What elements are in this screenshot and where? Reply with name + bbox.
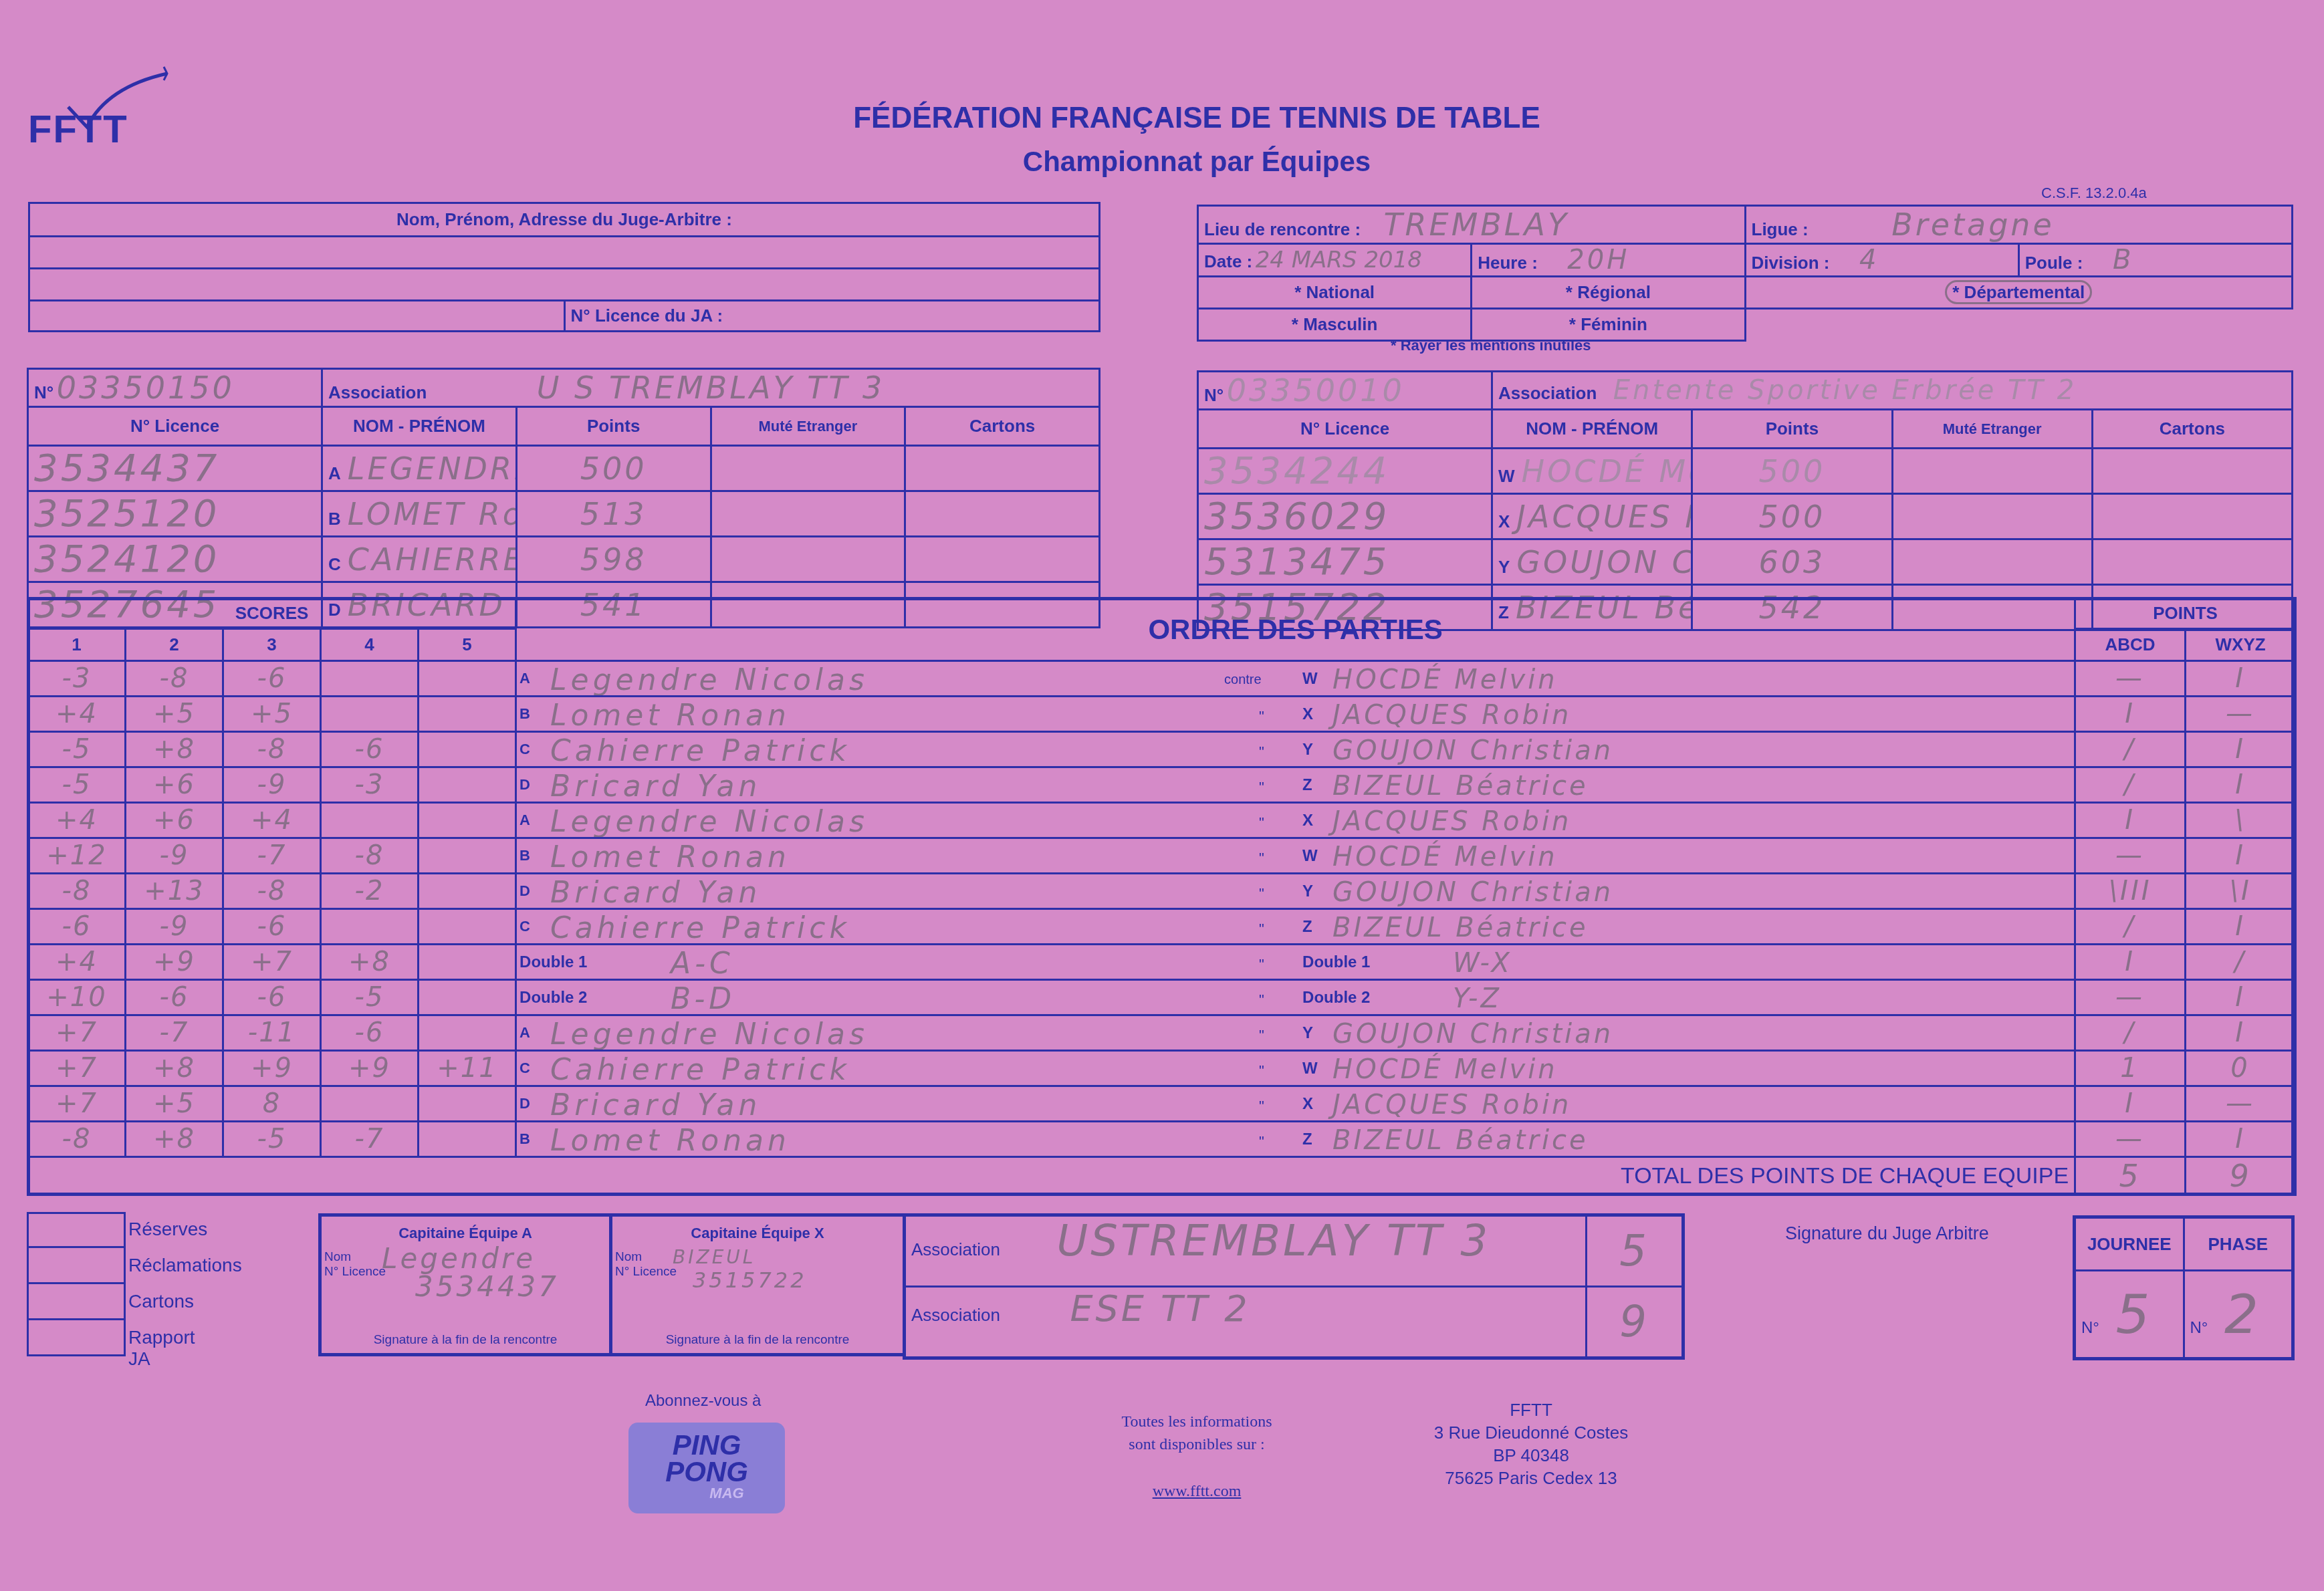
journee-cell[interactable]: N° 5 [2075, 1271, 2184, 1359]
team-a-col-points: Points [516, 407, 711, 446]
match-row: -5+8-8-6CCahierre Patrick"YGOUJON Christ… [28, 732, 2296, 767]
set-score[interactable]: -2 [321, 874, 419, 909]
result-label: Association [911, 1305, 1000, 1325]
player-points[interactable]: 500 [1692, 494, 1892, 539]
phase-label: PHASE [2184, 1217, 2293, 1271]
left-letter: A [519, 812, 530, 829]
player-name-cell[interactable]: YGOUJON Christian [1492, 539, 1692, 585]
points-wxyz[interactable]: — [2186, 697, 2296, 732]
match-pairing: BLomet Ronan"ZBIZEUL Béatrice [516, 1122, 2075, 1157]
player-points[interactable]: 513 [516, 491, 711, 537]
captain-x-nom-label: Nom [615, 1250, 642, 1265]
player-mute[interactable] [1892, 539, 2092, 585]
set-score[interactable]: +8 [126, 732, 223, 767]
set-score[interactable]: +9 [126, 945, 223, 980]
mag-line-3: MAG [628, 1485, 785, 1501]
player-licence[interactable]: 3524120 [28, 537, 322, 582]
player-name-cell[interactable]: BLOMET Ronan [322, 491, 517, 537]
departemental-option[interactable]: * Départemental [1745, 277, 2293, 309]
team-x-association-cell[interactable]: Association Entente Sportive Erbrée TT 2 [1492, 372, 2293, 410]
match-pairing: CCahierre Patrick"ZBIZEUL Béatrice [516, 909, 2075, 945]
player-name-cell[interactable]: XJACQUES Robin [1492, 494, 1692, 539]
set-score[interactable]: +7 [28, 1086, 126, 1122]
left-letter: A [519, 670, 530, 687]
set-score[interactable] [419, 697, 516, 732]
referee-name-label: Nom, Prénom, Adresse du Juge-Arbitre : [29, 203, 1100, 237]
team-x-number-cell[interactable]: N° 03350010 [1198, 372, 1492, 410]
team-a-col-cartons: Cartons [905, 407, 1100, 446]
set-score[interactable]: +5 [126, 697, 223, 732]
phase-no-label: N° [2190, 1319, 2208, 1337]
left-letter: C [519, 1060, 530, 1077]
division-cell[interactable]: Division : 4 [1745, 244, 2018, 277]
player-points[interactable]: 500 [516, 446, 711, 491]
player-letter: B [328, 509, 341, 529]
right-player[interactable]: HOCDÉ Melvin [1332, 842, 1558, 872]
right-player[interactable]: JACQUES Robin [1332, 700, 1571, 731]
time-value: 20H [1567, 245, 1629, 275]
points-wxyz[interactable]: I [2186, 732, 2296, 767]
league-label: Ligue : [1752, 219, 1809, 239]
referee-name-field-1[interactable] [29, 237, 1100, 269]
set-score[interactable]: -8 [28, 874, 126, 909]
set-score[interactable] [419, 909, 516, 945]
player-cartons[interactable] [2092, 494, 2292, 539]
player-cartons[interactable] [2092, 449, 2292, 494]
points-abcd[interactable]: \III [2075, 874, 2186, 909]
set-score[interactable]: -6 [223, 909, 321, 945]
left-player[interactable]: Lomet Ronan [550, 1124, 790, 1157]
team-x-association-label: Association [1498, 383, 1597, 403]
page-title: FÉDÉRATION FRANÇAISE DE TENNIS DE TABLE [669, 102, 1725, 135]
match-row: +4+9+7+8Double 1A-C"Double 1W-XI/ [28, 945, 2296, 980]
versus-label: " [1259, 779, 1264, 796]
set-score[interactable]: -6 [28, 909, 126, 945]
set-score[interactable] [419, 980, 516, 1015]
set-score[interactable]: -7 [126, 1015, 223, 1051]
left-player[interactable]: Legendre Nicolas [550, 1017, 868, 1051]
set-score[interactable]: -5 [28, 767, 126, 803]
right-player[interactable]: BIZEUL Béatrice [1332, 1125, 1589, 1156]
match-pairing: DBricard Yan"ZBIZEUL Béatrice [516, 767, 2075, 803]
set-score[interactable]: +7 [28, 1015, 126, 1051]
match-pairing: DBricard Yan"YGOUJON Christian [516, 874, 2075, 909]
right-player[interactable]: HOCDÉ Melvin [1332, 1054, 1558, 1085]
right-letter: X [1302, 705, 1313, 724]
mag-line-2: PONG [628, 1459, 785, 1485]
set-score[interactable]: +6 [126, 803, 223, 838]
right-player[interactable]: GOUJON Christian [1332, 1019, 1613, 1050]
versus-label: " [1259, 991, 1264, 1009]
set-score[interactable]: +5 [126, 1086, 223, 1122]
right-player[interactable]: JACQUES Robin [1332, 1090, 1571, 1120]
set-score[interactable]: -6 [321, 1015, 419, 1051]
right-letter: X [1302, 1095, 1313, 1114]
player-mute[interactable] [711, 537, 905, 582]
set-header: 2 [126, 629, 223, 661]
team-x-table: N° 03350010 Association Entente Sportive… [1197, 370, 2293, 631]
player-name-cell[interactable]: ALEGENDRE Nicolas [322, 446, 517, 491]
team-a-col-licence: N° Licence [28, 407, 322, 446]
pool-value: B [2113, 245, 2133, 275]
order-title: ORDRE DES PARTIES [516, 598, 2075, 661]
right-player[interactable]: GOUJON Christian [1332, 735, 1613, 766]
set-score[interactable]: 8 [223, 1086, 321, 1122]
left-letter: D [519, 1095, 530, 1112]
result-score-x[interactable]: 9 [1587, 1287, 1683, 1358]
set-score[interactable] [419, 661, 516, 697]
match-row: +4+6+4ALegendre Nicolas"XJACQUES RobinI\ [28, 803, 2296, 838]
set-score[interactable]: +6 [126, 767, 223, 803]
result-association-a[interactable]: Association USTREMBLAY TT 3 [905, 1215, 1587, 1287]
player-cartons[interactable] [905, 491, 1100, 537]
points-wxyz[interactable]: I [2186, 838, 2296, 874]
points-wxyz[interactable]: I [2186, 1015, 2296, 1051]
points-abcd[interactable]: 1 [2075, 1051, 2186, 1086]
set-score[interactable] [419, 732, 516, 767]
set-score[interactable]: -3 [321, 767, 419, 803]
player-points[interactable]: 603 [1692, 539, 1892, 585]
points-abcd[interactable]: — [2075, 838, 2186, 874]
points-abcd[interactable]: / [2075, 1015, 2186, 1051]
player-cartons[interactable] [905, 537, 1100, 582]
set-score[interactable] [419, 1015, 516, 1051]
set-score[interactable] [419, 945, 516, 980]
left-player[interactable]: A-C [671, 947, 734, 980]
set-score[interactable]: +12 [28, 838, 126, 874]
match-row: +7-7-11-6ALegendre Nicolas"YGOUJON Chris… [28, 1015, 2296, 1051]
player-points[interactable]: 500 [1692, 449, 1892, 494]
match-pairing: DBricard Yan"XJACQUES Robin [516, 1086, 2075, 1122]
right-player[interactable]: GOUJON Christian [1332, 877, 1613, 908]
result-value: ESE TT 2 [1070, 1288, 1250, 1330]
referee-signature-area[interactable] [1772, 1250, 2053, 1350]
team-x-col-cartons: Cartons [2092, 410, 2292, 449]
points-wxyz[interactable]: I [2186, 767, 2296, 803]
player-cartons[interactable] [2092, 539, 2292, 585]
venue-value: TREMBLAY [1384, 207, 1570, 243]
masculin-option[interactable]: * Masculin [1198, 309, 1472, 341]
strike-note: * Rayer les mentions inutiles [1391, 337, 1591, 354]
team-x-col-mute: Muté Etranger [1892, 410, 2092, 449]
team-x-col-licence: N° Licence [1198, 410, 1492, 449]
left-player[interactable]: Bricard Yan [550, 769, 761, 803]
versus-label: " [1259, 885, 1264, 902]
address-line: 75625 Paris Cedex 13 [1391, 1467, 1671, 1489]
set-score[interactable]: +10 [28, 980, 126, 1015]
points-abcd[interactable]: — [2075, 661, 2186, 697]
points-wxyz[interactable]: I [2186, 909, 2296, 945]
right-player[interactable]: BIZEUL Béatrice [1332, 912, 1589, 943]
fftt-logo: FFTT [27, 60, 174, 147]
result-association-x[interactable]: Association ESE TT 2 [905, 1287, 1587, 1358]
right-player[interactable]: JACQUES Robin [1332, 806, 1571, 837]
set-score[interactable]: +5 [223, 697, 321, 732]
set-score[interactable] [419, 803, 516, 838]
set-score[interactable] [321, 1086, 419, 1122]
team-a-association-label: Association [328, 382, 427, 402]
time-cell[interactable]: Heure : 20H [1472, 244, 1745, 277]
time-label: Heure : [1478, 253, 1538, 273]
checkbox-label: Cartons [128, 1291, 194, 1312]
set-score[interactable]: +7 [28, 1051, 126, 1086]
points-abcd[interactable]: I [2075, 803, 2186, 838]
set-score[interactable]: -7 [321, 1122, 419, 1157]
player-licence[interactable]: 5313475 [1198, 539, 1492, 585]
player-points[interactable]: 598 [516, 537, 711, 582]
referee-licence-label: N° Licence du JA : [564, 301, 1100, 332]
right-player[interactable]: BIZEUL Béatrice [1332, 771, 1589, 802]
website-link[interactable]: www.fftt.com [1056, 1480, 1337, 1503]
points-abcd[interactable]: — [2075, 980, 2186, 1015]
checkbox[interactable] [27, 1248, 126, 1284]
player-licence[interactable]: 3536029 [1198, 494, 1492, 539]
player-licence[interactable]: 3534437 [28, 446, 322, 491]
points-wxyz[interactable]: I [2186, 980, 2296, 1015]
set-score[interactable] [321, 909, 419, 945]
right-letter: W [1302, 847, 1318, 866]
regional-option[interactable]: * Régional [1472, 277, 1745, 309]
points-abcd[interactable]: I [2075, 697, 2186, 732]
team-a-col-mute: Muté Etranger [711, 407, 905, 446]
referee-name-field-2[interactable] [29, 269, 1100, 301]
match-row: -8+8-5-7BLomet Ronan"ZBIZEUL Béatrice—I [28, 1122, 2296, 1157]
captain-a-licence-label: N° Licence [324, 1265, 386, 1279]
set-score[interactable]: -8 [321, 838, 419, 874]
points-wxyz[interactable]: — [2186, 1086, 2296, 1122]
ping-pong-mag-logo[interactable]: PING PONG MAG [628, 1423, 785, 1513]
versus-label: contre [1224, 672, 1262, 688]
match-pairing: CCahierre Patrick"YGOUJON Christian [516, 732, 2075, 767]
captain-a-signature-label: Signature à la fin de la rencontre [322, 1333, 609, 1348]
date-value: 24 MARS 2018 [1256, 247, 1422, 273]
player-cartons[interactable] [905, 446, 1100, 491]
set-score[interactable]: +4 [28, 697, 126, 732]
captain-x-box[interactable]: Capitaine Équipe X Nom N° Licence BIZEUL… [609, 1213, 906, 1356]
player-name: JACQUES Robin [1516, 499, 1692, 535]
captain-a-box[interactable]: Capitaine Équipe A Nom N° Licence Legend… [318, 1213, 612, 1356]
left-player[interactable]: Lomet Ronan [550, 840, 790, 874]
date-cell[interactable]: Date : 24 MARS 2018 [1198, 244, 1472, 277]
set-score[interactable]: -8 [223, 732, 321, 767]
address-line: BP 40348 [1391, 1444, 1671, 1467]
match-pairing: ALegendre Nicolas"YGOUJON Christian [516, 1015, 2075, 1051]
left-player[interactable]: B-D [671, 982, 735, 1015]
league-value: Bretagne [1891, 207, 2055, 243]
team-a-player-row: 3524120 CCAHIERRE Patrick 598 [28, 537, 1100, 582]
set-score[interactable]: -3 [28, 661, 126, 697]
team-a-player-row: 3525120 BLOMET Ronan 513 [28, 491, 1100, 537]
points-wxyz[interactable]: I [2186, 661, 2296, 697]
set-score[interactable] [321, 661, 419, 697]
player-name-cell[interactable]: CCAHIERRE Patrick [322, 537, 517, 582]
player-name-cell[interactable]: WHOCDÉ Melvin [1492, 449, 1692, 494]
left-letter: C [519, 918, 530, 935]
team-x-player-row: 3534244 WHOCDÉ Melvin 500 [1198, 449, 2293, 494]
player-licence[interactable]: 3525120 [28, 491, 322, 537]
set-score[interactable]: +9 [321, 1051, 419, 1086]
set-score[interactable]: -8 [28, 1122, 126, 1157]
left-player[interactable]: Legendre Nicolas [550, 663, 868, 697]
player-letter: W [1498, 466, 1515, 486]
right-letter: Double 2 [1302, 989, 1370, 1007]
total-label: TOTAL DES POINTS DE CHAQUE EQUIPE [28, 1157, 2075, 1195]
feminin-option[interactable]: * Féminin [1472, 309, 1745, 341]
set-score[interactable]: -8 [126, 661, 223, 697]
right-letter: Y [1302, 882, 1313, 901]
set-header: 1 [28, 629, 126, 661]
set-score[interactable]: -6 [126, 980, 223, 1015]
set-score[interactable]: -5 [223, 1122, 321, 1157]
team-a-player-row: 3534437 ALEGENDRE Nicolas 500 [28, 446, 1100, 491]
player-letter: X [1498, 511, 1510, 531]
match-pairing: Double 1A-C"Double 1W-X [516, 945, 2075, 980]
set-score[interactable] [321, 697, 419, 732]
set-score[interactable] [321, 803, 419, 838]
team-a-association-value: U S TREMBLAY TT 3 [537, 370, 885, 406]
set-score[interactable] [419, 1122, 516, 1157]
checkbox[interactable] [27, 1212, 126, 1248]
division-label: Division : [1752, 253, 1830, 273]
result-score-a[interactable]: 5 [1587, 1215, 1683, 1287]
total-abcd[interactable]: 5 [2075, 1157, 2186, 1195]
left-player[interactable]: Bricard Yan [550, 1088, 761, 1122]
set-score[interactable]: +8 [126, 1051, 223, 1086]
checkbox[interactable] [27, 1320, 126, 1356]
total-wxyz[interactable]: 9 [2186, 1157, 2296, 1195]
points-wxyz[interactable]: \ [2186, 803, 2296, 838]
match-pairing: Double 2B-D"Double 2Y-Z [516, 980, 2075, 1015]
points-abcd[interactable]: / [2075, 909, 2186, 945]
set-score[interactable]: -6 [321, 732, 419, 767]
phase-value: 2 [2224, 1283, 2261, 1346]
captain-x-signature-label: Signature à la fin de la rencontre [612, 1333, 903, 1348]
versus-label: " [1259, 1133, 1264, 1150]
player-mute[interactable] [1892, 449, 2092, 494]
set-score[interactable]: +9 [223, 1051, 321, 1086]
set-score[interactable] [419, 838, 516, 874]
phase-cell[interactable]: N° 2 [2184, 1271, 2293, 1359]
venue-label: Lieu de rencontre : [1204, 219, 1361, 239]
team-x-association-value: Entente Sportive Erbrée TT 2 [1613, 375, 2077, 406]
set-score[interactable]: +13 [126, 874, 223, 909]
points-wxyz[interactable]: \I [2186, 874, 2296, 909]
league-cell[interactable]: Ligue : Bretagne [1745, 206, 2293, 244]
points-abcd[interactable]: / [2075, 767, 2186, 803]
match-row: -8+13-8-2DBricard Yan"YGOUJON Christian\… [28, 874, 2296, 909]
captain-a-nom-label: Nom [324, 1250, 351, 1265]
right-player[interactable]: HOCDÉ Melvin [1332, 664, 1558, 695]
right-letter: Double 1 [1302, 953, 1370, 972]
scores-header: SCORES [28, 598, 516, 629]
set-score[interactable]: +7 [223, 945, 321, 980]
versus-label: " [1259, 850, 1264, 867]
right-player[interactable]: Y-Z [1453, 983, 1502, 1014]
points-abcd[interactable]: I [2075, 945, 2186, 980]
versus-label: " [1259, 743, 1264, 761]
left-player[interactable]: Bricard Yan [550, 876, 761, 909]
match-pairing: ALegendre NicolascontreWHOCDÉ Melvin [516, 661, 2075, 697]
left-player[interactable]: Lomet Ronan [550, 699, 790, 732]
player-mute[interactable] [1892, 494, 2092, 539]
info-line-2: sont disponibles sur : [1056, 1433, 1337, 1456]
referee-address-field[interactable] [29, 301, 565, 332]
captain-x-nom-value: BIZEUL [673, 1246, 756, 1268]
points-abcd[interactable]: — [2075, 1122, 2186, 1157]
points-wxyz[interactable]: / [2186, 945, 2296, 980]
set-score[interactable]: -5 [28, 732, 126, 767]
left-letter: B [519, 1130, 530, 1148]
set-score[interactable]: -6 [223, 661, 321, 697]
left-letter: A [519, 1024, 530, 1042]
points-abcd[interactable]: / [2075, 732, 2186, 767]
points-wxyz[interactable]: I [2186, 1122, 2296, 1157]
team-x-col-name: NOM - PRÉNOM [1492, 410, 1692, 449]
set-score[interactable] [419, 1086, 516, 1122]
right-letter: Z [1302, 918, 1312, 937]
player-mute[interactable] [711, 491, 905, 537]
set-score[interactable]: -8 [223, 874, 321, 909]
set-score[interactable]: -9 [126, 838, 223, 874]
match-pairing: BLomet Ronan"WHOCDÉ Melvin [516, 838, 2075, 874]
set-score[interactable] [419, 767, 516, 803]
journee-no-label: N° [2081, 1319, 2099, 1337]
versus-label: " [1259, 1098, 1264, 1115]
set-score[interactable]: +11 [419, 1051, 516, 1086]
left-letter: D [519, 882, 530, 900]
set-header: 3 [223, 629, 321, 661]
player-name: LEGENDRE Nicolas [348, 451, 516, 487]
right-player[interactable]: W-X [1453, 948, 1512, 979]
set-score[interactable]: +4 [28, 945, 126, 980]
pool-cell[interactable]: Poule : B [2018, 244, 2292, 277]
points-wxyz[interactable]: 0 [2186, 1051, 2296, 1086]
national-option[interactable]: * National [1198, 277, 1472, 309]
left-player[interactable]: Cahierre Patrick [550, 1053, 850, 1086]
set-score[interactable]: -7 [223, 838, 321, 874]
set-score[interactable]: +4 [223, 803, 321, 838]
set-score[interactable]: +8 [321, 945, 419, 980]
versus-label: " [1259, 921, 1264, 938]
set-score[interactable]: -9 [126, 909, 223, 945]
venue-cell[interactable]: Lieu de rencontre : TREMBLAY [1198, 206, 1746, 244]
checkbox[interactable] [27, 1284, 126, 1320]
left-player[interactable]: Cahierre Patrick [550, 734, 850, 767]
set-score[interactable]: -9 [223, 767, 321, 803]
team-a-number-cell[interactable]: N° 03350150 [28, 369, 322, 407]
set-score[interactable]: +8 [126, 1122, 223, 1157]
address-line: 3 Rue Dieudonné Costes [1391, 1421, 1671, 1444]
set-score[interactable] [419, 874, 516, 909]
left-player[interactable]: Cahierre Patrick [550, 911, 850, 945]
match-row: +7+58DBricard Yan"XJACQUES RobinI— [28, 1086, 2296, 1122]
set-score[interactable]: +4 [28, 803, 126, 838]
set-score[interactable]: -5 [321, 980, 419, 1015]
abcd-header: ABCD [2075, 629, 2186, 661]
player-mute[interactable] [711, 446, 905, 491]
left-letter: B [519, 847, 530, 864]
left-player[interactable]: Legendre Nicolas [550, 805, 868, 838]
team-a-number-value: 03350150 [57, 370, 235, 406]
player-licence[interactable]: 3534244 [1198, 449, 1492, 494]
date-label: Date : [1204, 251, 1252, 271]
set-score[interactable]: -6 [223, 980, 321, 1015]
set-score[interactable]: -11 [223, 1015, 321, 1051]
left-letter: B [519, 705, 530, 723]
team-a-association-cell[interactable]: Association U S TREMBLAY TT 3 [322, 369, 1100, 407]
right-letter: W [1302, 670, 1318, 689]
points-abcd[interactable]: I [2075, 1086, 2186, 1122]
